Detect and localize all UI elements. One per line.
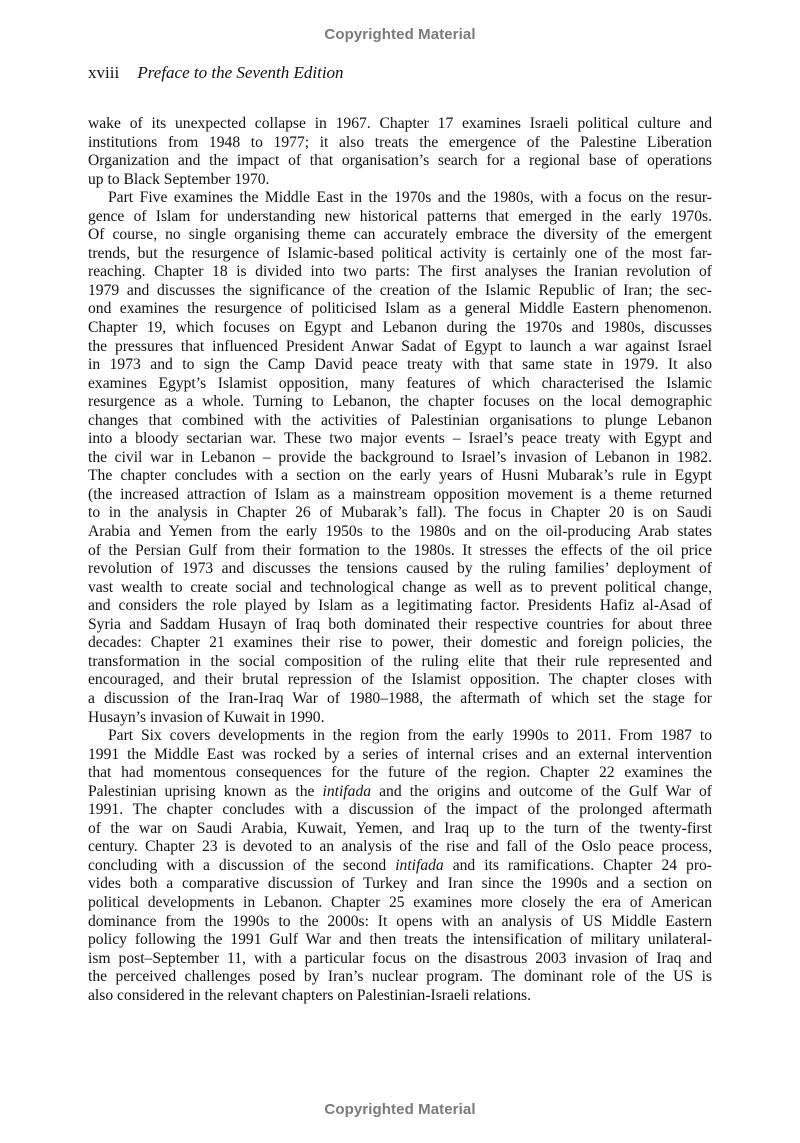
text-line: 1991 the Middle East was rocked by a ser… — [88, 746, 712, 765]
text-line: Part Six covers developments in the regi… — [88, 727, 712, 746]
text-line: resurgence as a whole. Turning to Lebano… — [88, 393, 712, 412]
italic-term: intifada — [395, 857, 444, 874]
text-line: reaching. Chapter 18 is divided into two… — [88, 263, 712, 282]
text-line: Syria and Saddam Husayn of Iraq both dom… — [88, 616, 712, 635]
text-line: the civil war in Lebanon – provide the b… — [88, 449, 712, 468]
text-line: revolution of 1973 and discusses the ten… — [88, 560, 712, 579]
italic-term: intifada — [323, 783, 372, 800]
running-head: xviii Preface to the Seventh Edition — [88, 63, 344, 83]
body-text: wake of its unexpected collapse in 1967.… — [88, 115, 712, 1005]
text-line: (the increased attraction of Islam as a … — [88, 486, 712, 505]
paragraph: Part Five examines the Middle East in th… — [88, 189, 712, 727]
text-line: transformation in the social composition… — [88, 653, 712, 672]
text-line: examines Egypt’s Islamist opposition, ma… — [88, 375, 712, 394]
text-line: gence of Islam for understanding new his… — [88, 208, 712, 227]
text-line: vides both a comparative discussion of T… — [88, 875, 712, 894]
text-line: Part Five examines the Middle East in th… — [88, 189, 712, 208]
text-line: of the war on Saudi Arabia, Kuwait, Yeme… — [88, 820, 712, 839]
text-line: ism post–September 11, with a particular… — [88, 950, 712, 969]
text-line: and considers the role played by Islam a… — [88, 597, 712, 616]
text-line: Husayn’s invasion of Kuwait in 1990. — [88, 709, 712, 728]
text-line: 1991. The chapter concludes with a discu… — [88, 801, 712, 820]
text-line: vast wealth to create social and technol… — [88, 579, 712, 598]
text-line: The chapter concludes with a section on … — [88, 467, 712, 486]
text-line: also considered in the relevant chapters… — [88, 987, 712, 1006]
text-line: decades: Chapter 21 examines their rise … — [88, 634, 712, 653]
text-line: trends, but the resurgence of Islamic-ba… — [88, 245, 712, 264]
paragraph: wake of its unexpected collapse in 1967.… — [88, 115, 712, 189]
text-line: into a bloody sectarian war. These two m… — [88, 430, 712, 449]
text-line: the perceived challenges posed by Iran’s… — [88, 968, 712, 987]
text-line: in 1973 and to sign the Camp David peace… — [88, 356, 712, 375]
text-line: 1979 and discusses the significance of t… — [88, 282, 712, 301]
text-line: to in the analysis in Chapter 26 of Muba… — [88, 504, 712, 523]
text-line: Palestinian uprising known as the intifa… — [88, 783, 712, 802]
text-line: political developments in Lebanon. Chapt… — [88, 894, 712, 913]
text-line: encouraged, and their brutal repression … — [88, 671, 712, 690]
text-line: the pressures that influenced President … — [88, 338, 712, 357]
page-number: xviii — [88, 63, 119, 83]
text-line: up to Black September 1970. — [88, 171, 712, 190]
copyright-watermark-top: Copyrighted Material — [0, 26, 800, 43]
text-line: Of course, no single organising theme ca… — [88, 226, 712, 245]
text-line: century. Chapter 23 is devoted to an ana… — [88, 838, 712, 857]
text-line: of the Persian Gulf from their formation… — [88, 542, 712, 561]
text-line: Arabia and Yemen from the early 1950s to… — [88, 523, 712, 542]
text-line: wake of its unexpected collapse in 1967.… — [88, 115, 712, 134]
text-line: that had momentous consequences for the … — [88, 764, 712, 783]
text-line: changes that combined with the activitie… — [88, 412, 712, 431]
text-line: policy following the 1991 Gulf War and t… — [88, 931, 712, 950]
text-line: dominance from the 1990s to the 2000s: I… — [88, 913, 712, 932]
text-line: institutions from 1948 to 1977; it also … — [88, 134, 712, 153]
text-line: Organization and the impact of that orga… — [88, 152, 712, 171]
paragraph: Part Six covers developments in the regi… — [88, 727, 712, 1005]
running-head-title: Preface to the Seventh Edition — [137, 63, 343, 82]
text-line: concluding with a discussion of the seco… — [88, 857, 712, 876]
text-line: a discussion of the Iran-Iraq War of 198… — [88, 690, 712, 709]
text-line: Chapter 19, which focuses on Egypt and L… — [88, 319, 712, 338]
text-line: ond examines the resurgence of politicis… — [88, 300, 712, 319]
copyright-watermark-bottom: Copyrighted Material — [0, 1101, 800, 1118]
